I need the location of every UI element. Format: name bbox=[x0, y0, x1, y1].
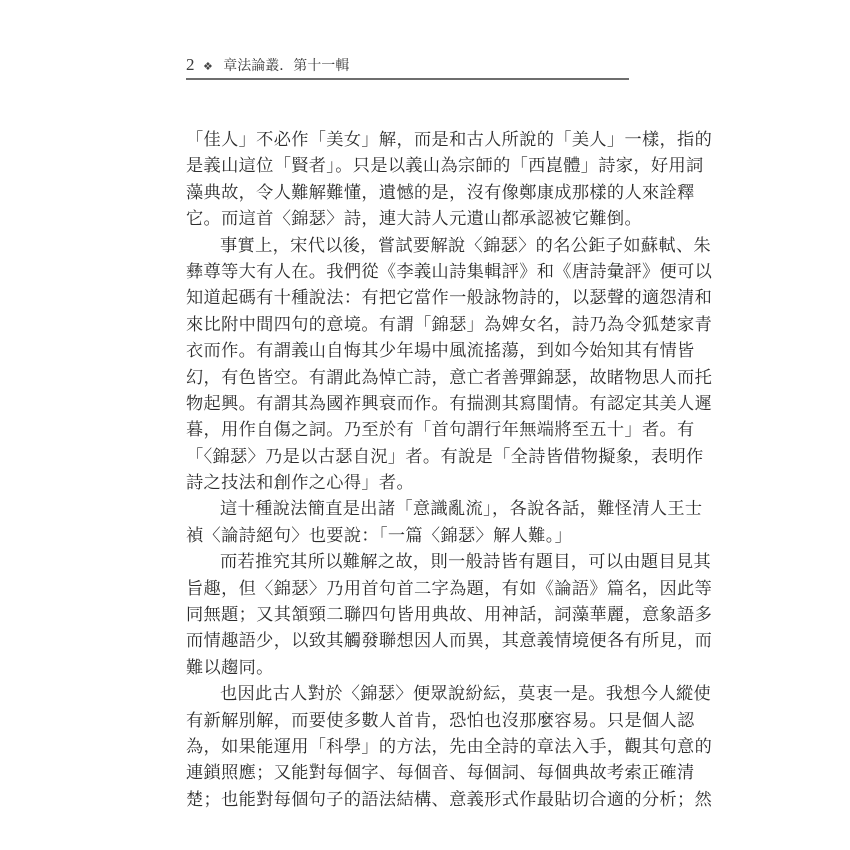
text-line: 而若推究其所以難解之故，則一般詩皆有題目，可以由題目見其 bbox=[186, 549, 632, 575]
text-line: 這十種說法簡直是出諸「意識亂流」，各說各話，難怪清人王士 bbox=[186, 496, 632, 522]
text-line: 物起興。有謂其為國祚興衰而作。有揣測其寫閨情。有認定其美人遲 bbox=[186, 391, 632, 417]
text-line: 旨趣，但〈錦瑟〉乃用首句首二字為題，有如《論語》篇名，因此等 bbox=[186, 576, 632, 602]
text-line: 有新解別解，而要使多數人首肯，恐怕也沒那麼容易。只是個人認 bbox=[186, 708, 632, 734]
text-line: 「〈錦瑟〉乃是以古瑟自況」者。有說是「全詩皆借物擬象，表明作 bbox=[186, 444, 632, 470]
ornament-icon: ❖ bbox=[203, 60, 213, 73]
running-title: 章法論叢．第十一輯 bbox=[223, 58, 349, 74]
text-line: 「佳人」不必作「美女」解，而是和古人所說的「美人」一樣，指的 bbox=[186, 127, 632, 153]
text-line: 為，如果能運用「科學」的方法，先由全詩的章法入手，觀其句意的 bbox=[186, 734, 632, 760]
text-line: 楚；也能對每個句子的語法結構、意義形式作最貼切合適的分析；然 bbox=[186, 787, 632, 813]
text-line: 也因此古人對於〈錦瑟〉便眾說紛紜，莫衷一是。我想今人縱使 bbox=[186, 681, 632, 707]
text-line: 知道起碼有十種說法：有把它當作一般詠物詩的，以瑟聲的適怨清和 bbox=[186, 285, 632, 311]
text-line: 連鎖照應；又能對每個字、每個音、每個詞、每個典故考索正確清 bbox=[186, 760, 632, 786]
text-line: 同無題；又其頷頸二聯四句皆用典故、用神話，詞藻華麗，意象語多 bbox=[186, 602, 632, 628]
running-header: 2 ❖ 章法論叢．第十一輯 bbox=[186, 56, 629, 80]
text-line: 幻，有色皆空。有謂此為悼亡詩，意亡者善彈錦瑟，故睹物思人而托 bbox=[186, 365, 632, 391]
text-line: 它。而這首〈錦瑟〉詩，連大詩人元遺山都承認被它難倒。 bbox=[186, 206, 632, 232]
text-line: 彝尊等大有人在。我們從《李義山詩集輯評》和《唐詩彙評》便可以 bbox=[186, 259, 632, 285]
text-line: 而情趣語少，以致其觸發聯想因人而異，其意義情境便各有所見，而 bbox=[186, 628, 632, 654]
text-line: 難以趨同。 bbox=[186, 655, 632, 681]
text-line: 藻典故，令人難解難懂，遺憾的是，沒有像鄭康成那樣的人來詮釋 bbox=[186, 180, 632, 206]
text-line: 衣而作。有謂義山自悔其少年場中風流搖蕩，到如今始知其有情皆 bbox=[186, 338, 632, 364]
text-line: 詩之技法和創作之心得」者。 bbox=[186, 470, 632, 496]
text-line: 來比附中間四句的意境。有謂「錦瑟」為婢女名，詩乃為令狐楚家青 bbox=[186, 312, 632, 338]
text-line: 事實上，宋代以後，嘗試要解說〈錦瑟〉的名公鉅子如蘇軾、朱 bbox=[186, 233, 632, 259]
body-text: 「佳人」不必作「美女」解，而是和古人所說的「美人」一樣，指的 是義山這位「賢者」… bbox=[186, 127, 632, 813]
text-line: 是義山這位「賢者」。只是以義山為宗師的「西崑體」詩家，好用詞 bbox=[186, 153, 632, 179]
page-number: 2 bbox=[186, 55, 195, 74]
text-line: 暮，用作自傷之詞。乃至於有「首句謂行年無端將至五十」者。有 bbox=[186, 417, 632, 443]
text-line: 禎〈論詩絕句〉也要說：「一篇〈錦瑟〉解人難。」 bbox=[186, 523, 632, 549]
